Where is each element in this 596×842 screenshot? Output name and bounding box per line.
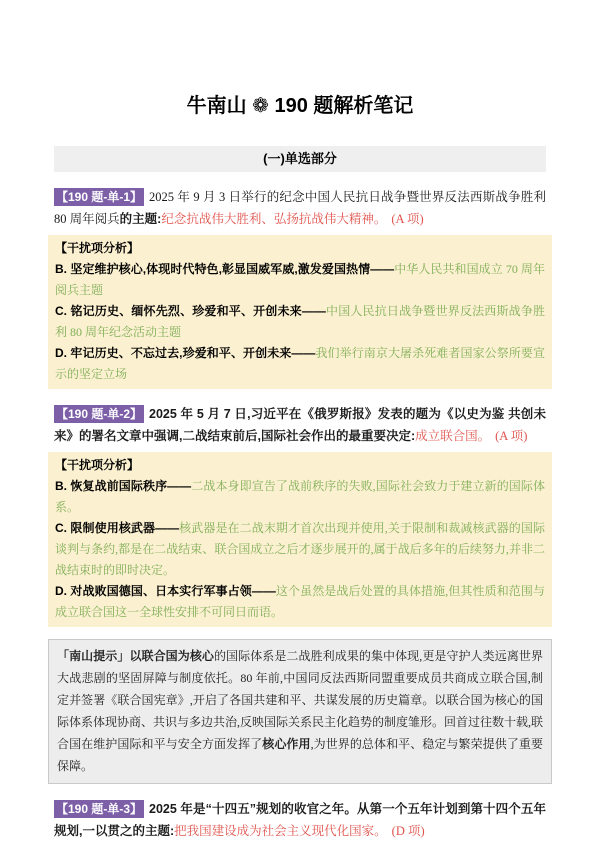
section-header: (一)单选部分	[54, 146, 546, 172]
question-2-badge: 【190 题-单-2】	[54, 405, 144, 423]
question-3-answer: 把我国建设成为社会主义现代化国家。	[174, 824, 387, 838]
tip-label: 「南山提示」	[57, 649, 129, 663]
document-page: 牛南山 ❁ 190 题解析笔记 (一)单选部分 【190 题-单-1】2025 …	[0, 0, 596, 842]
distractor-option-b: B. 恢复战前国际秩序——二战本身即宣告了战前秩序的失败,国际社会致力于建立新的…	[55, 476, 545, 518]
analysis-title: 【干扰项分析】	[55, 455, 545, 476]
distractor-option-d: D. 对战败国德国、日本实行军事占领——这个虽然是战后处置的具体措施,但其性质和…	[55, 581, 545, 623]
page-title: 牛南山 ❁ 190 题解析笔记	[54, 94, 546, 119]
page-number: 1	[0, 802, 596, 814]
distractor-option-d: D. 牢记历史、不忘过去,珍爱和平、开创未来——我们举行南京大屠杀死难者国家公祭…	[55, 343, 545, 385]
question-1-answer: 纪念抗战伟大胜利、弘扬抗战伟大精神。	[161, 212, 386, 226]
analysis-title: 【干扰项分析】	[55, 238, 545, 259]
question-1-analysis-box: 【干扰项分析】 B. 坚定维护核心,体现时代特色,彰显国威军威,激发爱国热情——…	[48, 235, 552, 389]
question-1-answer-tag: (A 项)	[391, 212, 423, 226]
question-2-answer-tag: (A 项)	[495, 429, 527, 443]
nanshan-tip-box: 「南山提示」以联合国为核心的国际体系是二战胜利成果的集中体现,更是守护人类远离世…	[48, 639, 552, 784]
question-1-badge: 【190 题-单-1】	[54, 188, 144, 206]
distractor-option-c: C. 限制使用核武器——核武器是在二战末期才首次出现并使用,关于限制和裁减核武器…	[55, 518, 545, 581]
question-2-analysis-box: 【干扰项分析】 B. 恢复战前国际秩序——二战本身即宣告了战前秩序的失败,国际社…	[48, 452, 552, 627]
distractor-option-b: B. 坚定维护核心,体现时代特色,彰显国威军威,激发爱国热情——中华人民共和国成…	[55, 259, 545, 301]
distractor-option-c: C. 铭记历史、缅怀先烈、珍爱和平、开创未来——中国人民抗日战争暨世界反法西斯战…	[55, 301, 545, 343]
question-1: 【190 题-单-1】2025 年 9 月 3 日举行的纪念中国人民抗日战争暨世…	[54, 186, 546, 230]
tip-bold-mid: 核心作用	[262, 737, 310, 751]
question-3-answer-tag: (D 项)	[392, 824, 425, 838]
question-2: 【190 题-单-2】2025 年 5 月 7 日,习近平在《俄罗斯报》发表的题…	[54, 403, 546, 447]
tip-bold-lead: 以联合国为核心	[129, 649, 214, 663]
tip-text: 的国际体系是二战胜利成果的集中体现,更是守护人类远离世界大战悲剧的坚固屏障与制度…	[57, 649, 543, 751]
question-2-answer: 成立联合国。	[415, 429, 490, 443]
